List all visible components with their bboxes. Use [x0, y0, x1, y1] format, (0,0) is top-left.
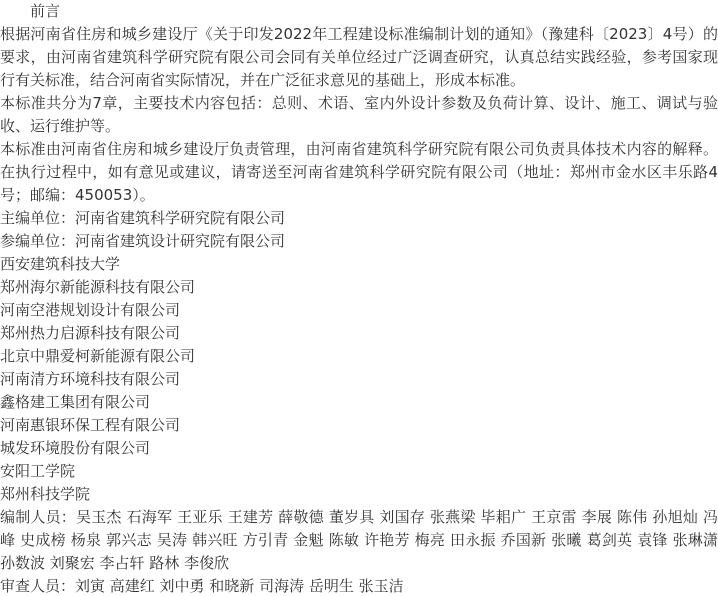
paragraph-management: 本标准由河南省住房和城乡建设厅负责管理，由河南省建筑科学研究院有限公司负责具体技…	[0, 138, 718, 207]
line-unit-item: 鑫格建工集团有限公司	[0, 391, 718, 414]
line-chief-editing-unit: 主编单位：河南省建筑科学研究院有限公司	[0, 207, 718, 230]
line-unit-item: 城发环境股份有限公司	[0, 437, 718, 460]
line-unit-item: 郑州科技学院	[0, 483, 718, 506]
line-unit-item: 北京中鼎爱柯新能源有限公司	[0, 345, 718, 368]
line-unit-item: 河南空港规划设计有限公司	[0, 299, 718, 322]
line-reviewers: 审查人员：刘寅 高建红 刘中勇 和晓新 司海涛 岳明生 张玉洁	[0, 575, 718, 596]
line-unit-item: 西安建筑科技大学	[0, 253, 718, 276]
line-participating-unit: 参编单位：河南省建筑设计研究院有限公司	[0, 230, 718, 253]
line-unit-item: 郑州海尔新能源科技有限公司	[0, 276, 718, 299]
line-unit-item: 河南清方环境科技有限公司	[0, 368, 718, 391]
paragraph-scope: 本标准共分为7章，主要技术内容包括：总则、术语、室内外设计参数及负荷计算、设计、…	[0, 92, 718, 138]
line-compilers: 编制人员：吴玉杰 石海军 王亚乐 王建芳 薛敬德 董岁具 刘国存 张燕梁 毕耜广…	[0, 506, 718, 575]
document-page: 前言 根据河南省住房和城乡建设厅《关于印发2022年工程建设标准编制计划的通知》…	[0, 0, 718, 596]
paragraph-basis: 根据河南省住房和城乡建设厅《关于印发2022年工程建设标准编制计划的通知》（豫建…	[0, 23, 718, 92]
line-unit-item: 郑州热力启源科技有限公司	[0, 322, 718, 345]
line-unit-item: 安阳工学院	[0, 460, 718, 483]
document-title: 前言	[0, 0, 718, 23]
line-unit-item: 河南惠银环保工程有限公司	[0, 414, 718, 437]
